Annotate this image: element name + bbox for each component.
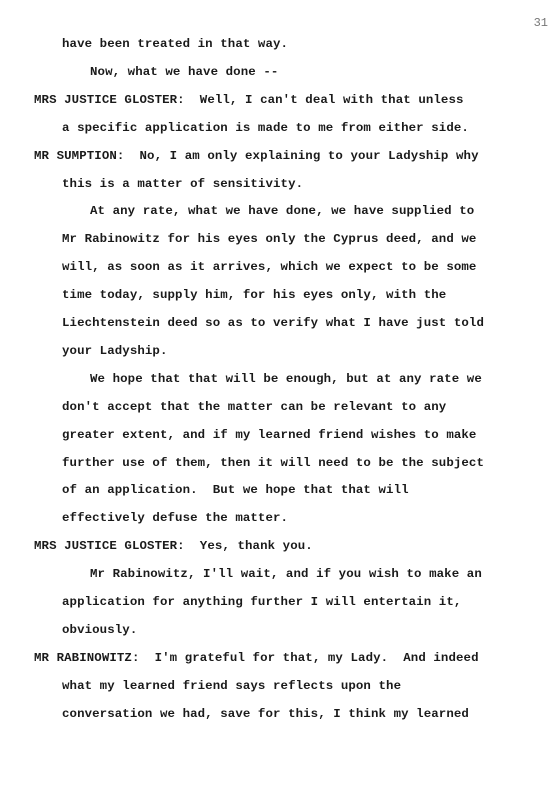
transcript-line: Liechtenstein deed so as to verify what … [62,315,484,331]
transcript-line: your Ladyship. [62,343,168,359]
transcript-line: application for anything further I will … [62,594,461,610]
transcript-line: this is a matter of sensitivity. [62,176,303,192]
transcript-line: have been treated in that way. [62,36,288,52]
transcript-line: effectively defuse the matter. [62,510,288,526]
transcript-line: further use of them, then it will need t… [62,455,484,471]
transcript-line: conversation we had, save for this, I th… [62,706,469,722]
speaker-line: MRS JUSTICE GLOSTER: Yes, thank you. [34,538,313,554]
transcript-line: time today, supply him, for his eyes onl… [62,287,446,303]
paragraph-start-line: Mr Rabinowitz, I'll wait, and if you wis… [90,566,482,582]
transcript-line: of an application. But we hope that that… [62,482,409,498]
speaker-line: MR SUMPTION: No, I am only explaining to… [34,148,479,164]
speaker-line: MRS JUSTICE GLOSTER: Well, I can't deal … [34,92,464,108]
transcript-line: will, as soon as it arrives, which we ex… [62,259,476,275]
transcript-line: don't accept that the matter can be rele… [62,399,446,415]
paragraph-start-line: Now, what we have done -- [90,64,278,80]
transcript-line: Mr Rabinowitz for his eyes only the Cypr… [62,231,476,247]
transcript-line: obviously. [62,622,137,638]
transcript-line: what my learned friend says reflects upo… [62,678,401,694]
speaker-line: MR RABINOWITZ: I'm grateful for that, my… [34,650,479,666]
page-number: 31 [534,16,548,30]
paragraph-start-line: We hope that that will be enough, but at… [90,371,482,387]
transcript-line: greater extent, and if my learned friend… [62,427,476,443]
transcript-line: a specific application is made to me fro… [62,120,469,136]
paragraph-start-line: At any rate, what we have done, we have … [90,203,474,219]
